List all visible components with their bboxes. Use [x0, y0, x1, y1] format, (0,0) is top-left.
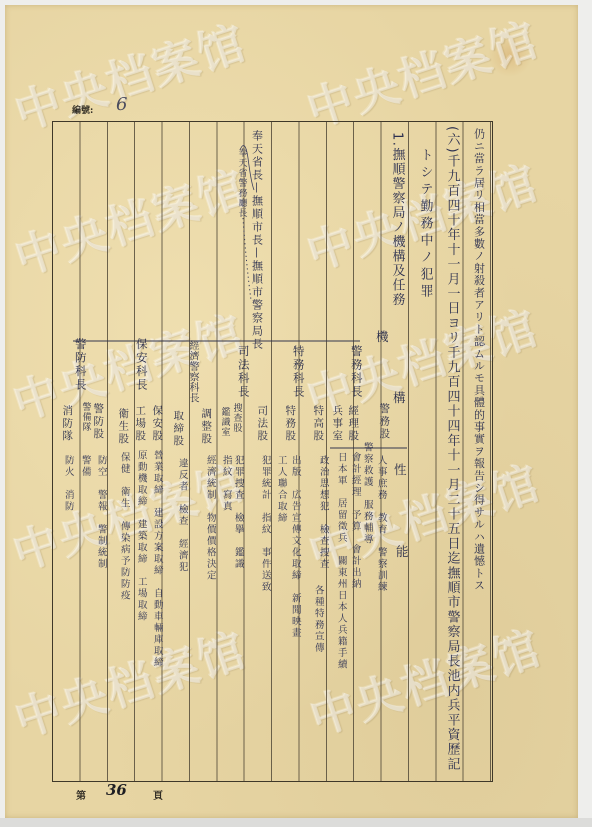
section-duties: 日本軍 居留徵兵 關東州日本人兵籍手續: [336, 452, 346, 671]
scan-margin: [0, 818, 592, 827]
section-label: 工場股: [135, 405, 146, 443]
section-label: 鑑識室: [220, 407, 229, 437]
section-label: 消防隊: [62, 405, 73, 443]
section-label: 司法股: [257, 405, 268, 443]
side-note: 奉天省警務廳長: [237, 148, 246, 218]
section-duties: 經濟統制 物價價格決定: [205, 455, 215, 582]
dept-civil-defense: 警防科長: [74, 338, 86, 392]
section-duties: 指紋 寫真: [221, 455, 231, 513]
section-label: 兵事室: [332, 405, 343, 443]
section-duties: 警察救護 服務輔導: [362, 442, 372, 546]
header-structure-1: 機: [375, 330, 388, 343]
header-function-1: 性: [393, 463, 406, 476]
section-label: 特務股: [285, 405, 296, 443]
section-label: 搜查股: [232, 403, 241, 433]
text-column-2: (六)千九百四十年十一月一日ヨリ千九百四十四年十一月二十五日迄撫順市警察局長池内…: [446, 126, 459, 772]
section-label: 經理股: [348, 405, 359, 443]
section-label: 保安股: [152, 405, 163, 443]
chain-of-command: 奉天省長—撫順市長—撫順市警察局長: [252, 130, 263, 351]
volume-number: 6: [116, 94, 127, 115]
section-duties: 人事庶務 教育 警察訓練: [376, 455, 386, 593]
section-duties: 會計經理 予算 會計出納: [350, 452, 360, 590]
text-column-4: 1.撫順警察局ノ機構及任務: [391, 132, 404, 307]
dept-judicial: 司法科長: [237, 345, 249, 399]
section-duties: 防空 警報 警制統制: [96, 455, 106, 570]
text-column-3: トシテ勤務中ノ犯罪: [419, 148, 432, 301]
section-duties: 犯罪捜査 檢擧 鑑識: [233, 455, 243, 570]
header-function-2: 能: [395, 545, 408, 558]
dept-public-security: 保安科長: [135, 338, 147, 392]
section-duties: 原動機取締 建築取締 工場取締: [136, 450, 146, 623]
section-duties: 違反者 檢查 經濟犯: [177, 458, 187, 573]
page-prefix: 第: [76, 787, 86, 802]
section-duties: 營業取締 建設方案取締 自動車輛庫取締: [152, 450, 162, 669]
page-number: 36: [106, 781, 127, 799]
volume-label: 編號:: [72, 103, 93, 116]
dept-economic-police: 經濟警察科長: [187, 340, 197, 403]
section-duties: 出版 広告宣傳文化取締 新聞映畫: [290, 455, 300, 639]
section-label: 取締股: [173, 410, 184, 448]
section-label: 衛生股: [118, 408, 129, 446]
dept-special-service: 特務科長: [292, 345, 304, 399]
header-structure-2: 構: [392, 391, 405, 404]
section-label: 警務股: [379, 403, 390, 441]
dept-general-affairs: 警務科長: [350, 345, 362, 399]
section-label: 調整股: [201, 408, 212, 446]
section-duties: 保健 衛生 傳染病予防防疫: [119, 452, 129, 602]
section-label: 警備隊: [81, 402, 90, 432]
page-suffix: 頁: [153, 787, 163, 802]
section-duties: 防火 消防: [63, 455, 73, 513]
section-label: 警防股: [93, 403, 104, 441]
section-label: 特高股: [313, 405, 324, 443]
section-duties: 工人聯合取締: [276, 455, 286, 524]
section-duties: 各種特務宣傳: [313, 585, 323, 654]
section-duties: 犯罪統計 指紋 事件送致: [260, 455, 270, 593]
section-duties: 警備: [80, 455, 90, 478]
text-column-1: 仍ニ當ラ居リ相當多數ノ射殺者アリト認ムルモ具體的事實ヲ報告シ得サルハ遺憾トス: [474, 128, 485, 592]
section-duties: 政治思想犯 檢查捜査: [318, 455, 328, 570]
